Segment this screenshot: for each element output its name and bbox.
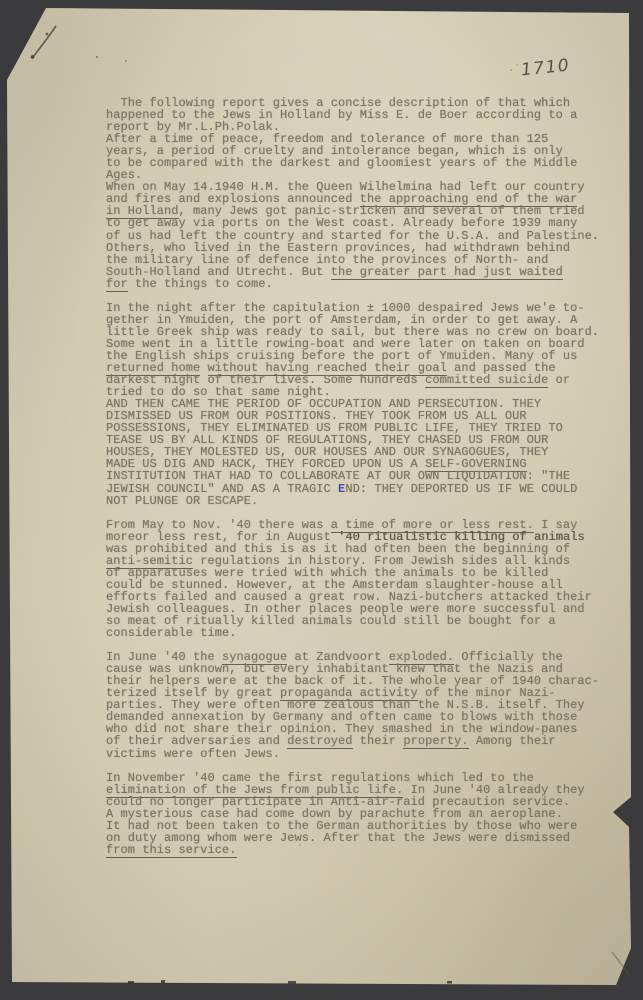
text-line: to be compared with the darkest and gloo… xyxy=(106,157,599,169)
text-line: NOT PLUNGE OR ESCAPE. xyxy=(106,495,599,507)
text-line: from this service. xyxy=(106,844,599,856)
document-text: The following report gives a concise des… xyxy=(106,97,599,856)
text-line: victims were often Jews. xyxy=(106,748,599,760)
text-line: considerable time. xyxy=(106,627,599,639)
